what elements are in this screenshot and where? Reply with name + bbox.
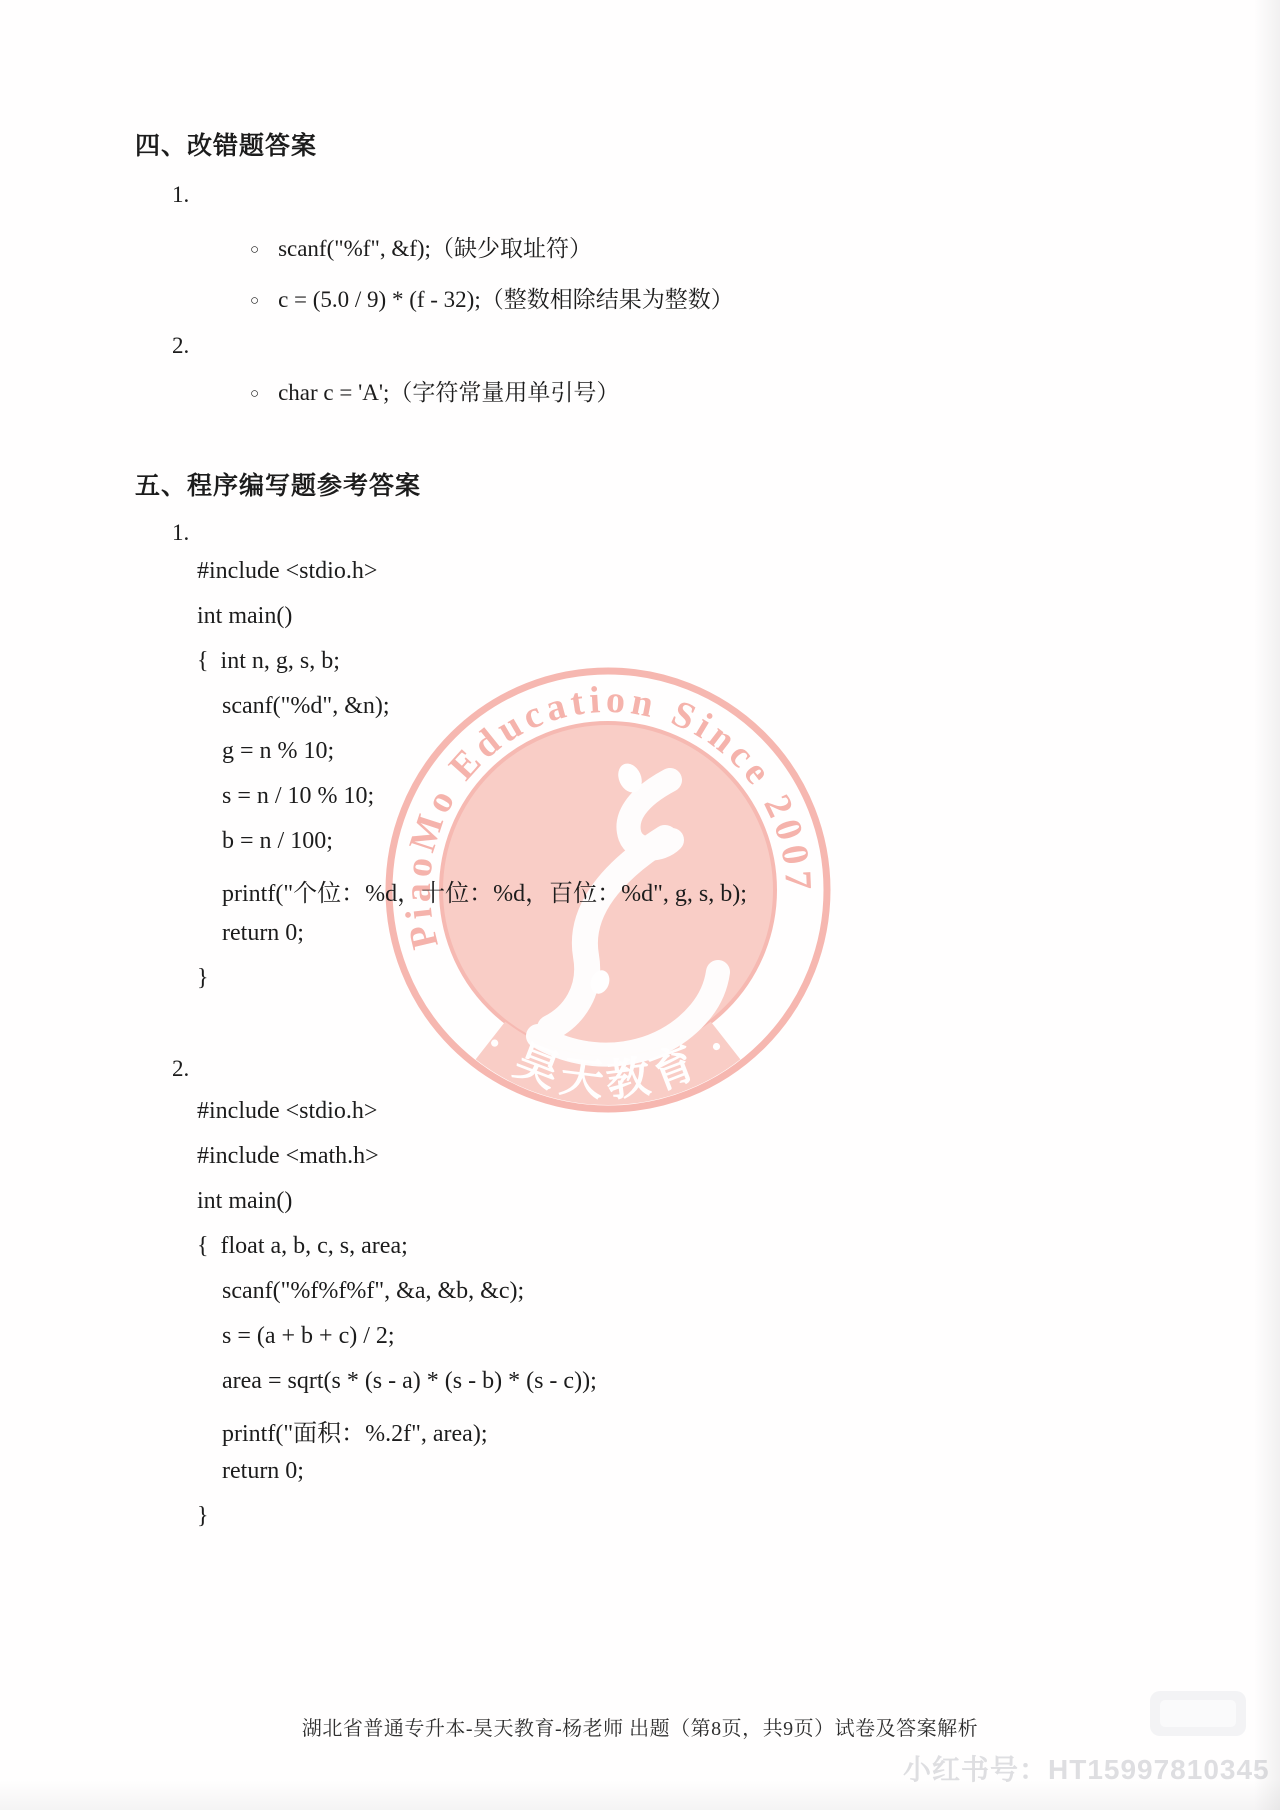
- scanned-exam-page: PiaoMo Education Since 2007 · 昊天教育 · 四、改…: [0, 0, 1280, 1810]
- answer-bullet: ○c = (5.0 / 9) * (f - 32);（整数相除结果为整数）: [250, 281, 734, 314]
- code-line: return 0;: [222, 1458, 304, 1485]
- code-line: printf("个位：%d，十位：%d，百位：%d", g, s, b);: [222, 873, 747, 908]
- code-line: #include <math.h>: [197, 1143, 379, 1170]
- bullet-circle-icon: ○: [250, 242, 259, 259]
- scan-shadow-right: [1254, 0, 1280, 1810]
- xiaohongshu-badge-watermark: [1150, 1691, 1246, 1736]
- page-footer: 湖北省普通专升本-昊天教育-杨老师 出题（第8页，共9页）试卷及答案解析: [0, 1712, 1280, 1741]
- answer-text: char c = 'A';（字符常量用单引号）: [278, 380, 619, 405]
- code-line: s = n / 10 % 10;: [222, 783, 374, 810]
- code-line: #include <stdio.h>: [197, 1098, 377, 1125]
- answer-text: c = (5.0 / 9) * (f - 32);（整数相除结果为整数）: [278, 287, 734, 312]
- code-line: { int n, g, s, b;: [197, 648, 340, 675]
- section4-heading: 四、改错题答案: [135, 126, 317, 162]
- code-line: scanf("%f%f%f", &a, &b, &c);: [222, 1278, 524, 1305]
- code-line: }: [197, 1503, 209, 1530]
- program-number: 1.: [172, 520, 189, 546]
- item-number: 2.: [172, 333, 189, 359]
- code-line: int main(): [197, 603, 292, 630]
- scan-shadow-bottom: [0, 1780, 1280, 1810]
- item-number: 1.: [172, 182, 189, 208]
- code-line: s = (a + b + c) / 2;: [222, 1323, 395, 1350]
- program-number: 2.: [172, 1056, 189, 1082]
- code-line: g = n % 10;: [222, 738, 334, 765]
- code-line: int main(): [197, 1188, 292, 1215]
- code-line: #include <stdio.h>: [197, 558, 377, 585]
- answer-bullet: ○scanf("%f", &f);（缺少取址符）: [250, 230, 592, 263]
- bullet-circle-icon: ○: [250, 386, 259, 403]
- code-line: { float a, b, c, s, area;: [197, 1233, 408, 1260]
- code-line: scanf("%d", &n);: [222, 693, 390, 720]
- section5-heading: 五、程序编写题参考答案: [135, 466, 421, 502]
- answer-text: scanf("%f", &f);（缺少取址符）: [278, 236, 592, 261]
- code-line: printf("面积：%.2f", area);: [222, 1413, 488, 1448]
- code-line: b = n / 100;: [222, 828, 333, 855]
- answer-bullet: ○char c = 'A';（字符常量用单引号）: [250, 374, 619, 407]
- bullet-circle-icon: ○: [250, 293, 259, 310]
- code-line: }: [197, 965, 209, 992]
- code-line: area = sqrt(s * (s - a) * (s - b) * (s -…: [222, 1368, 597, 1395]
- code-line: return 0;: [222, 920, 304, 947]
